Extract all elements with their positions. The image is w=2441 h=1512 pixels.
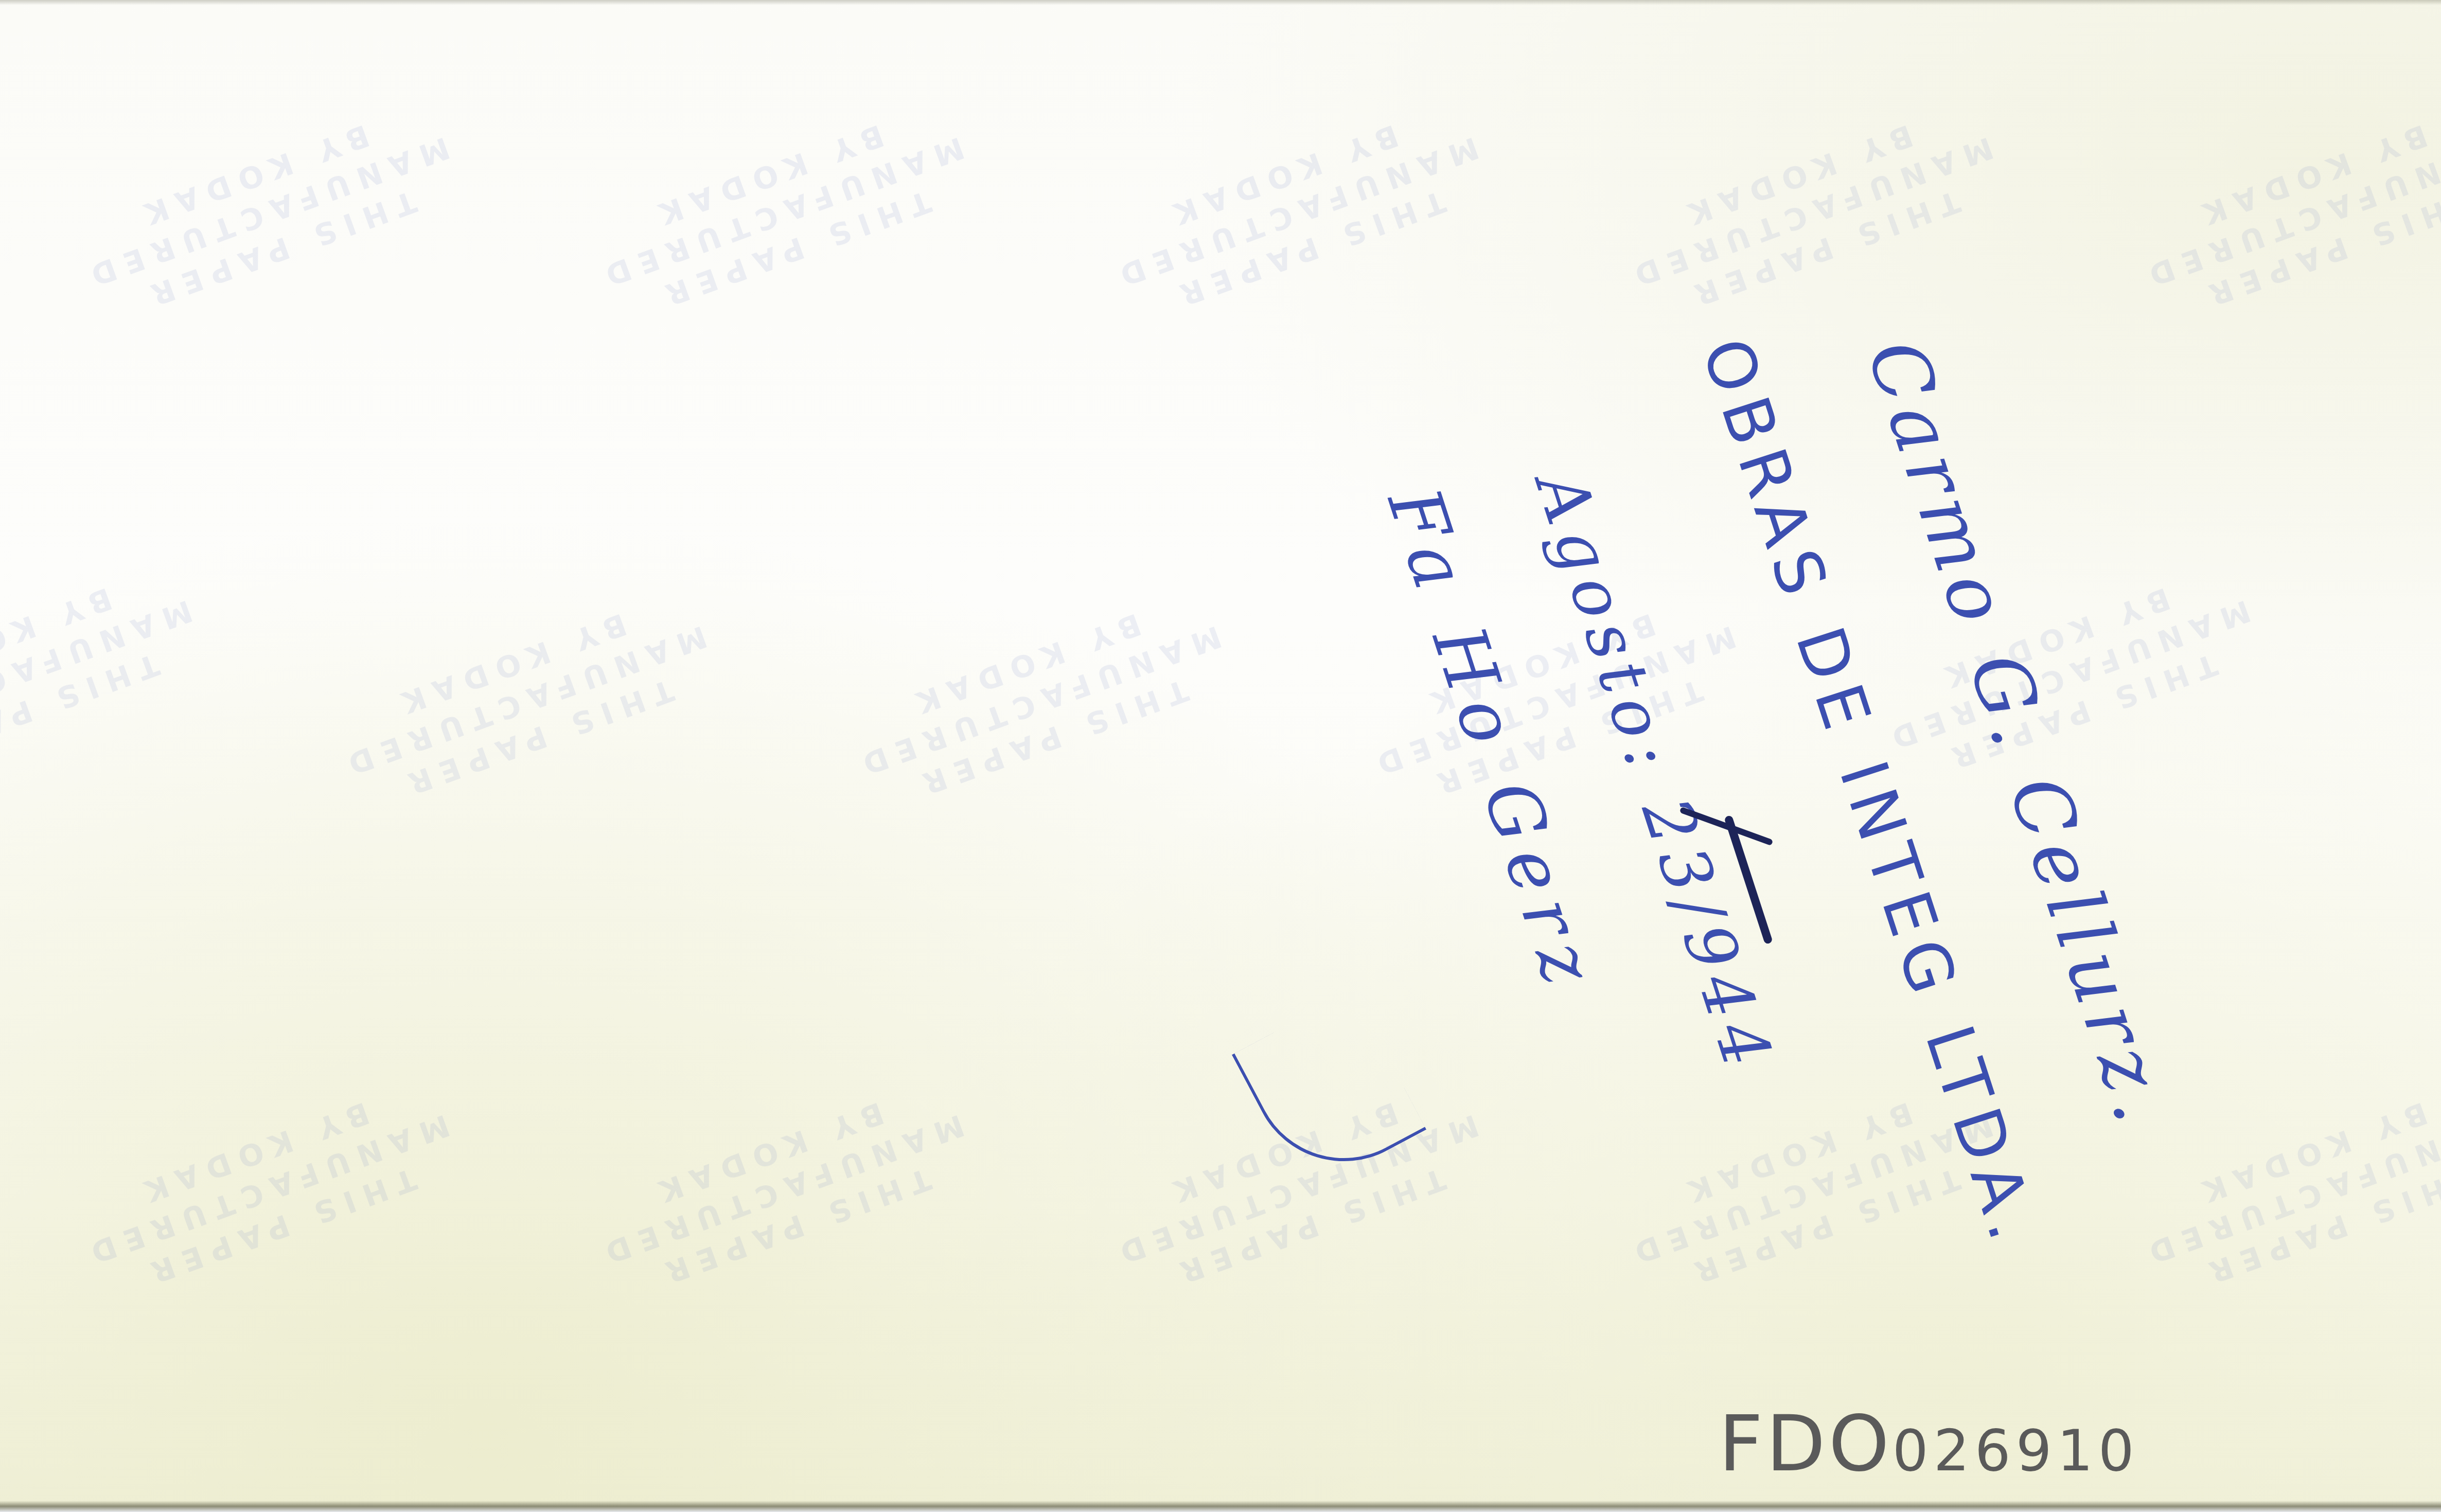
kodak-watermark: THIS PAPERMANUFACTUREDBY KODAK <box>1093 92 1497 334</box>
kodak-watermark: THIS PAPERMANUFACTUREDBY KODAK <box>836 580 1240 823</box>
kodak-watermark: THIS PAPERMANUFACTUREDBY KODAK <box>2122 92 2441 334</box>
paper-bottom-edge <box>0 1501 2441 1512</box>
kodak-watermark: THIS PAPERMANUFACTUREDBY KODAK <box>321 580 726 823</box>
kodak-watermark: THIS PAPERMANUFACTUREDBY KODAK <box>64 1069 468 1312</box>
kodak-watermark: THIS PAPERMANUFACTUREDBY KODAK <box>64 92 468 334</box>
kodak-watermark: THIS PAPERMANUFACTUREDBY KODAK <box>1607 92 2012 334</box>
kodak-watermark: THIS PAPERMANUFACTUREDBY KODAK <box>578 1069 983 1312</box>
catalog-number: FDO026910 <box>1719 1399 2139 1489</box>
catalog-digits: 026910 <box>1892 1418 2139 1484</box>
catalog-prefix: FDO <box>1719 1399 1892 1489</box>
kodak-watermark: THIS PAPERMANUFACTUREDBY KODAK <box>0 555 211 797</box>
kodak-watermark: THIS PAPERMANUFACTUREDBY KODAK <box>578 92 983 334</box>
paper-top-edge <box>0 0 2441 5</box>
photo-back-paper: THIS PAPERMANUFACTUREDBY KODAK THIS PAPE… <box>0 0 2441 1512</box>
